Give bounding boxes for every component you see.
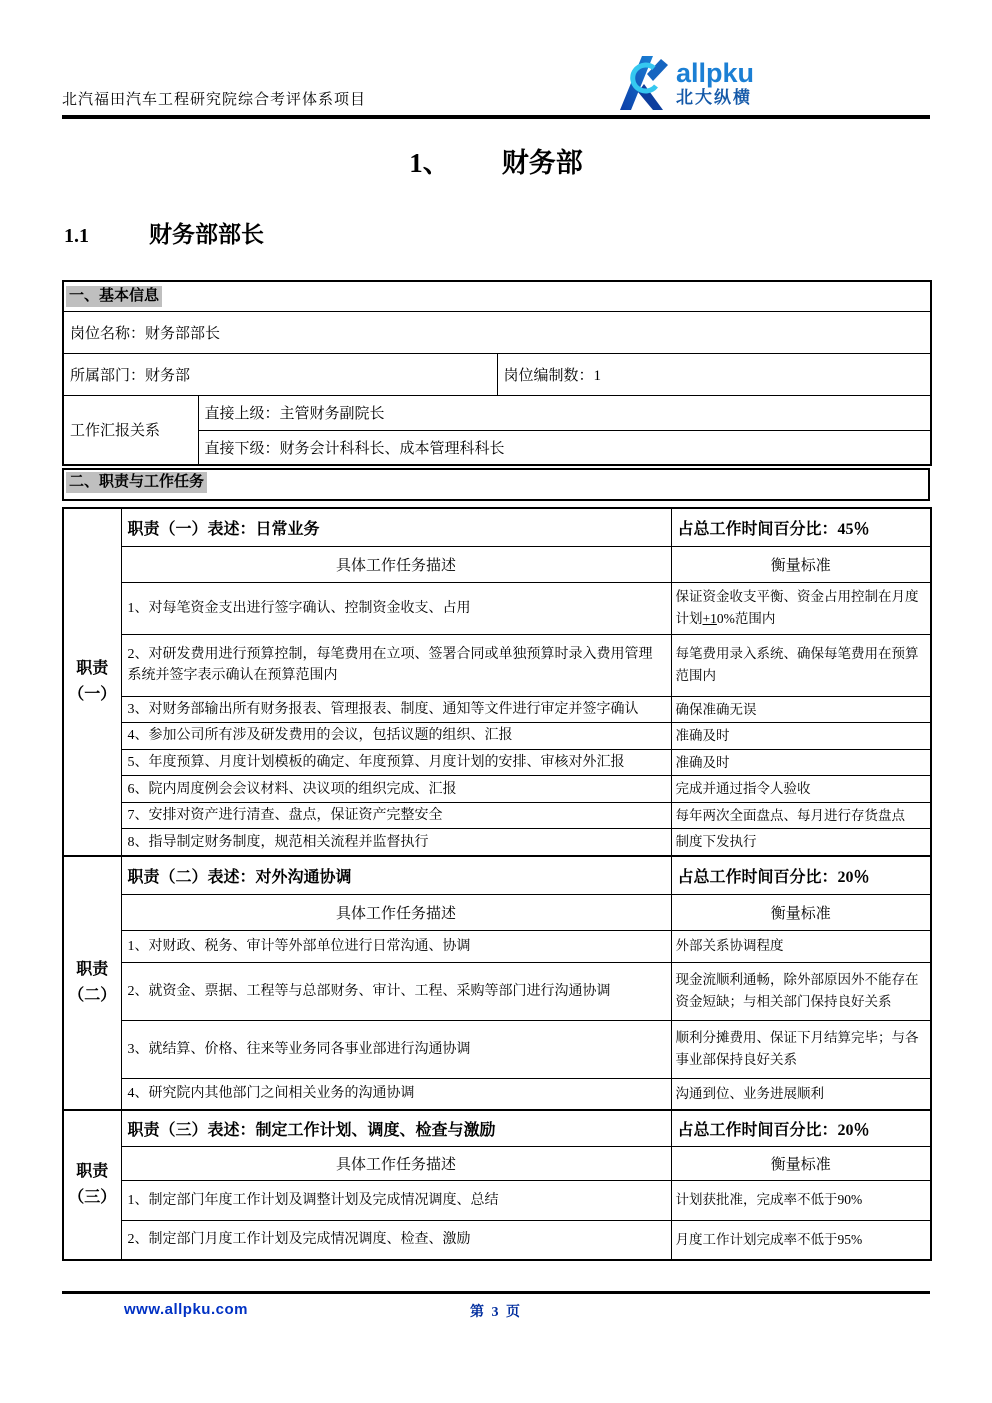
section-title: 1、财务部	[62, 145, 930, 181]
section-number: 1、	[409, 148, 450, 178]
task-row-measure: 制度下发执行	[671, 829, 931, 856]
task-row-text: 1、制定部门年度工作计划及调整计划及完成情况调度、总结	[121, 1180, 671, 1220]
basic-info-section-row: 一、基本信息	[63, 281, 931, 311]
measure-text: 0%范围内	[717, 611, 776, 626]
department-cell: 所属部门：财务部	[63, 353, 497, 395]
task-row-text: 4、参加公司所有涉及研发费用的会议，包括议题的组织、汇报	[121, 723, 671, 750]
task-row-text: 4、研究院内其他部门之间相关业务的沟通协调	[121, 1078, 671, 1110]
duty-2-label-top: 职责	[76, 961, 108, 978]
logo-text: allpku 北大纵横	[676, 52, 754, 106]
duty-2-label-bottom: （二）	[68, 987, 116, 1004]
task-row-text: 3、对财务部输出所有财务报表、管理报表、制度、通知等文件进行审定并签字确认	[121, 696, 671, 723]
duty-1-measure-header: 衡量标准	[671, 546, 931, 582]
headcount-value: 1	[594, 368, 602, 384]
duty-2-label: 职责 （二）	[63, 856, 121, 1110]
basic-info-section-title: 一、基本信息	[66, 286, 162, 307]
basic-info-table: 一、基本信息 岗位名称：财务部部长 所属部门：财务部 岗位编制数：1 工作汇报关…	[62, 280, 932, 466]
duty-1-title: 职责（一）表述：日常业务	[121, 508, 671, 546]
duty-2-task-header: 具体工作任务描述	[121, 894, 671, 930]
header-rule	[62, 115, 930, 119]
task-row-measure: 保证资金收支平衡、资金占用控制在月度计划+10%范围内	[671, 582, 931, 634]
allpku-logo: allpku 北大纵横	[618, 52, 754, 112]
task-row-measure: 每笔费用录入系统、确保每笔费用在预算范围内	[671, 634, 931, 696]
duty-2-percent: 占总工作时间百分比：20％	[671, 856, 931, 894]
duty-2-title: 职责（二）表述：对外沟通协调	[121, 856, 671, 894]
project-title: 北汽福田汽车工程研究院综合考评体系项目	[62, 90, 930, 110]
footer-website-link[interactable]: www.allpku.com	[124, 1301, 248, 1318]
job-name-label: 岗位名称：	[70, 326, 145, 342]
task-row-text: 6、院内周度例会会议材料、决议项的组织完成、汇报	[121, 776, 671, 803]
job-name-cell: 岗位名称：财务部部长	[63, 311, 931, 353]
task-row-measure: 确保准确无误	[671, 696, 931, 723]
task-row-measure: 准确及时	[671, 749, 931, 776]
department-label: 所属部门：	[70, 368, 145, 384]
duty-3-task-header: 具体工作任务描述	[121, 1146, 671, 1180]
headcount-label: 岗位编制数：	[504, 368, 594, 384]
page-content: 北汽福田汽车工程研究院综合考评体系项目 allpku 北大纵横	[62, 0, 930, 1323]
subordinate-label: 直接下级：	[205, 441, 280, 457]
duty-1-label-top: 职责	[76, 660, 108, 677]
subsection-title: 1.1财务部部长	[64, 219, 930, 252]
subsection-name: 财务部部长	[149, 222, 264, 247]
duty-2-measure-header: 衡量标准	[671, 894, 931, 930]
task-row-measure: 沟通到位、业务进展顺利	[671, 1078, 931, 1110]
task-row-measure: 计划获批准，完成率不低于90%	[671, 1180, 931, 1220]
logo-subname: 北大纵横	[676, 89, 754, 106]
department-value: 财务部	[145, 368, 190, 384]
task-row-text: 1、对每笔资金支出进行签字确认、控制资金收支、占用	[121, 582, 671, 634]
task-row-measure: 月度工作计划完成率不低于95%	[671, 1220, 931, 1260]
duty-1-label-bottom: （一）	[68, 686, 116, 703]
subordinate-value: 财务会计科科长、成本管理科科长	[280, 441, 505, 457]
duties-table: 职责 （一） 职责（一）表述：日常业务 占总工作时间百分比：45％ 具体工作任务…	[62, 507, 932, 1261]
duty-1-percent: 占总工作时间百分比：45％	[671, 508, 931, 546]
duties-section-title: 二、职责与工作任务	[66, 472, 207, 493]
duty-3-label: 职责 （三）	[63, 1110, 121, 1260]
report-relation-cell: 工作汇报关系	[63, 395, 198, 465]
footer-rule	[62, 1291, 930, 1294]
headcount-cell: 岗位编制数：1	[497, 353, 931, 395]
task-row-text: 5、年度预算、月度计划模板的确定、年度预算、月度计划的安排、审核对外汇报	[121, 749, 671, 776]
logo-name: allpku	[676, 60, 754, 87]
superior-value: 主管财务副院长	[280, 406, 385, 422]
allpku-logo-icon	[618, 52, 668, 112]
duty-3-title: 职责（三）表述：制定工作计划、调度、检查与激励	[121, 1110, 671, 1146]
task-row-text: 3、就结算、价格、往来等业务同各事业部进行沟通协调	[121, 1020, 671, 1078]
job-name-value: 财务部部长	[145, 326, 220, 342]
duty-1-task-header: 具体工作任务描述	[121, 546, 671, 582]
task-row-text: 2、就资金、票据、工程等与总部财务、审计、工程、采购等部门进行沟通协调	[121, 962, 671, 1020]
footer-page-number: 第 3 页	[470, 1305, 522, 1320]
superior-cell: 直接上级：主管财务副院长	[198, 395, 931, 430]
duty-3-percent: 占总工作时间百分比：20％	[671, 1110, 931, 1146]
duties-section-row: 二、职责与工作任务	[62, 468, 930, 501]
subsection-number: 1.1	[64, 225, 89, 247]
document-footer: www.allpku.com 第 3 页	[62, 1301, 930, 1323]
task-row-text: 2、制定部门月度工作计划及完成情况调度、检查、激励	[121, 1220, 671, 1260]
task-row-text: 1、对财政、税务、审计等外部单位进行日常沟通、协调	[121, 930, 671, 962]
task-row-text: 7、安排对资产进行清查、盘点，保证资产完整安全	[121, 802, 671, 829]
duty-1-label: 职责 （一）	[63, 508, 121, 856]
task-row-measure: 现金流顺利通畅，除外部原因外不能存在资金短缺；与相关部门保持良好关系	[671, 962, 931, 1020]
task-row-measure: 完成并通过指令人验收	[671, 776, 931, 803]
duty-3-label-bottom: （三）	[68, 1189, 116, 1206]
section-name: 财务部	[502, 148, 583, 178]
document-page: 北汽福田汽车工程研究院综合考评体系项目 allpku 北大纵横	[0, 0, 992, 1403]
measure-underlined: +1	[703, 611, 717, 626]
task-row-text: 8、指导制定财务制度，规范相关流程并监督执行	[121, 829, 671, 856]
duty-3-measure-header: 衡量标准	[671, 1146, 931, 1180]
document-header: 北汽福田汽车工程研究院综合考评体系项目 allpku 北大纵横	[62, 0, 930, 119]
duty-3-label-top: 职责	[76, 1163, 108, 1180]
task-row-measure: 准确及时	[671, 723, 931, 750]
task-row-measure: 外部关系协调程度	[671, 930, 931, 962]
task-row-measure: 每年两次全面盘点、每月进行存货盘点	[671, 802, 931, 829]
superior-label: 直接上级：	[205, 406, 280, 422]
task-row-measure: 顺利分摊费用、保证下月结算完毕；与各事业部保持良好关系	[671, 1020, 931, 1078]
task-row-text: 2、对研发费用进行预算控制，每笔费用在立项、签署合同或单独预算时录入费用管理系统…	[121, 634, 671, 696]
subordinate-cell: 直接下级：财务会计科科长、成本管理科科长	[198, 430, 931, 465]
